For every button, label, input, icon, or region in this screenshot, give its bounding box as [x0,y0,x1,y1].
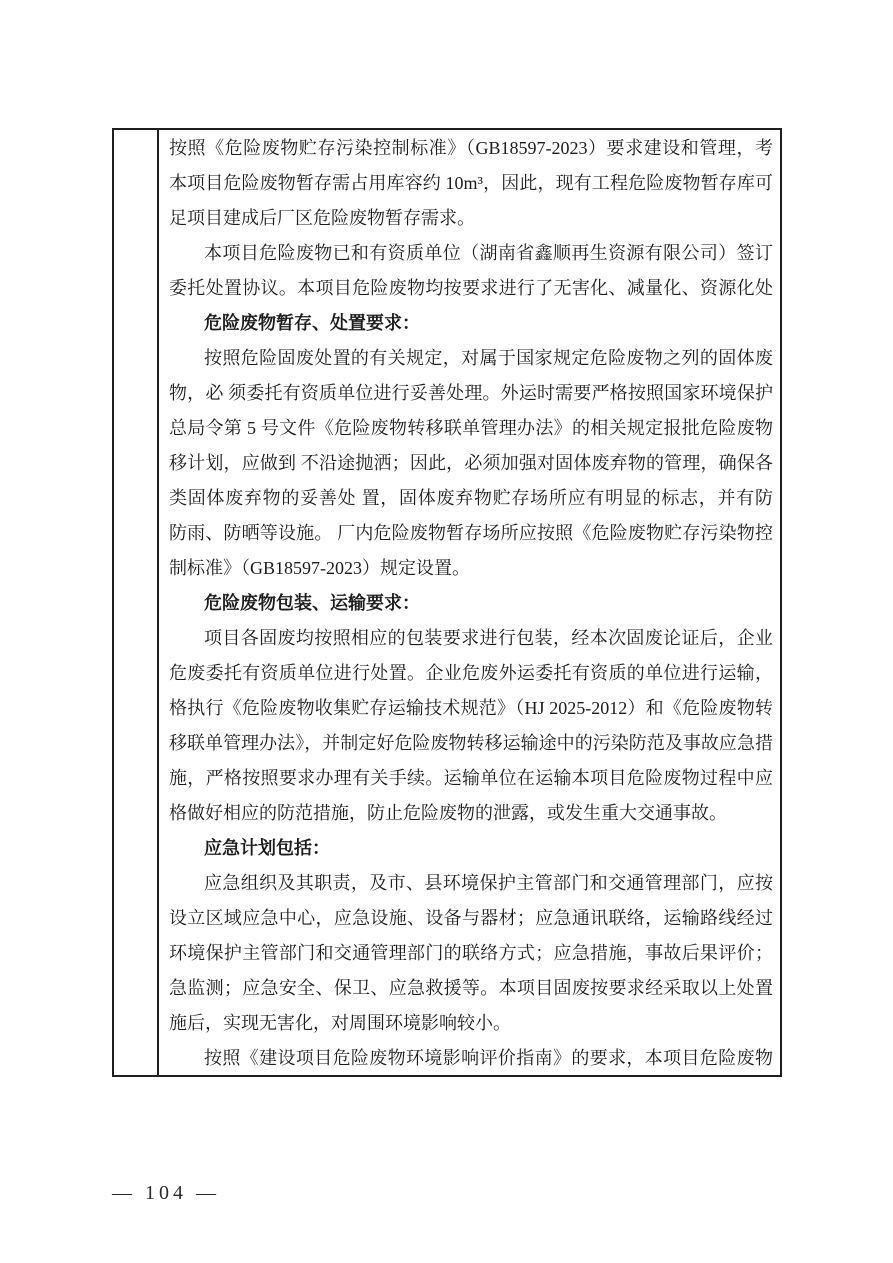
text-line: 移联单管理办法》，并制定好危险废物转移运输途中的污染防范及事故应急措 [169,726,773,761]
text-line: 物，必 须委托有资质单位进行妥善处理。外运时需要严格按照国家环境保护 [169,376,773,411]
text-line: 委托处置协议。本项目危险废物均按要求进行了无害化、减量化、资源化处置。 [169,271,773,306]
text-line: 总局令第 5 号文件《危险废物转移联单管理办法》的相关规定报批危险废物转 [169,411,773,446]
document-page: 按照《危险废物贮存污染控制标准》（GB18597-2023）要求建设和管理，考虑… [0,0,893,1263]
text-line: 足项目建成后厂区危险废物暂存需求。 [169,201,773,236]
text-line: 类固体废弃物的妥善处 置，固体废弃物贮存场所应有明显的标志，并有防风、 [169,481,773,516]
text-line: 按照《建设项目危险废物环境影响评价指南》的要求，本项目危险废物产 [169,1041,773,1075]
text-line: 施，严格按照要求办理有关手续。运输单位在运输本项目危险废物过程中应严 [169,761,773,796]
text-line: 制标准》（GB18597-2023）规定设置。 [169,551,773,586]
text-line: 按照《危险废物贮存污染控制标准》（GB18597-2023）要求建设和管理，考虑 [169,131,773,166]
content-column: 按照《危险废物贮存污染控制标准》（GB18597-2023）要求建设和管理，考虑… [159,130,780,1075]
text-line: 格做好相应的防范措施，防止危险废物的泄露，或发生重大交通事故。 [169,796,773,831]
row-label-column [114,130,159,1075]
text-line: 本项目危险废物已和有资质单位（湖南省鑫顺再生资源有限公司）签订了 [169,236,773,271]
text-line: 格执行《危险废物收集贮存运输技术规范》（HJ 2025-2012）和《危险废物转 [169,691,773,726]
text-line: 项目各固废均按照相应的包装要求进行包装，经本次固废论证后，企业将 [169,621,773,656]
text-line: 本项目危险废物暂存需占用库容约 10m³，因此，现有工程危险废物暂存库可满 [169,166,773,201]
text-line: 按照危险固废处置的有关规定，对属于国家规定危险废物之列的固体废 [169,341,773,376]
page-number: — 104 — [112,1182,220,1205]
text-line: 移计划，应做到 不沿途抛洒；因此，必须加强对固体废弃物的管理，确保各 [169,446,773,481]
text-line: 防雨、防晒等设施。 厂内危险废物暂存场所应按照《危险废物贮存污染物控 [169,516,773,551]
content-table: 按照《危险废物贮存污染控制标准》（GB18597-2023）要求建设和管理，考虑… [112,128,782,1077]
text-line: 设立区域应急中心，应急设施、设备与器材；应急通讯联络，运输路线经过区 [169,901,773,936]
section-heading: 危险废物暂存、处置要求： [169,306,773,341]
text-line: 环境保护主管部门和交通管理部门的联络方式；应急措施，事故后果评价；应 [169,936,773,971]
text-line: 施后，实现无害化，对周围环境影响较小。 [169,1006,773,1041]
section-heading: 危险废物包装、运输要求： [169,586,773,621]
text-line: 危废委托有资质单位进行处置。企业危废外运委托有资质的单位进行运输，严 [169,656,773,691]
section-heading: 应急计划包括： [169,831,773,866]
text-line: 应急组织及其职责，及市、县环境保护主管部门和交通管理部门，应按区 [169,866,773,901]
text-line: 急监测；应急安全、保卫、应急救援等。本项目固废按要求经采取以上处置措 [169,971,773,1006]
